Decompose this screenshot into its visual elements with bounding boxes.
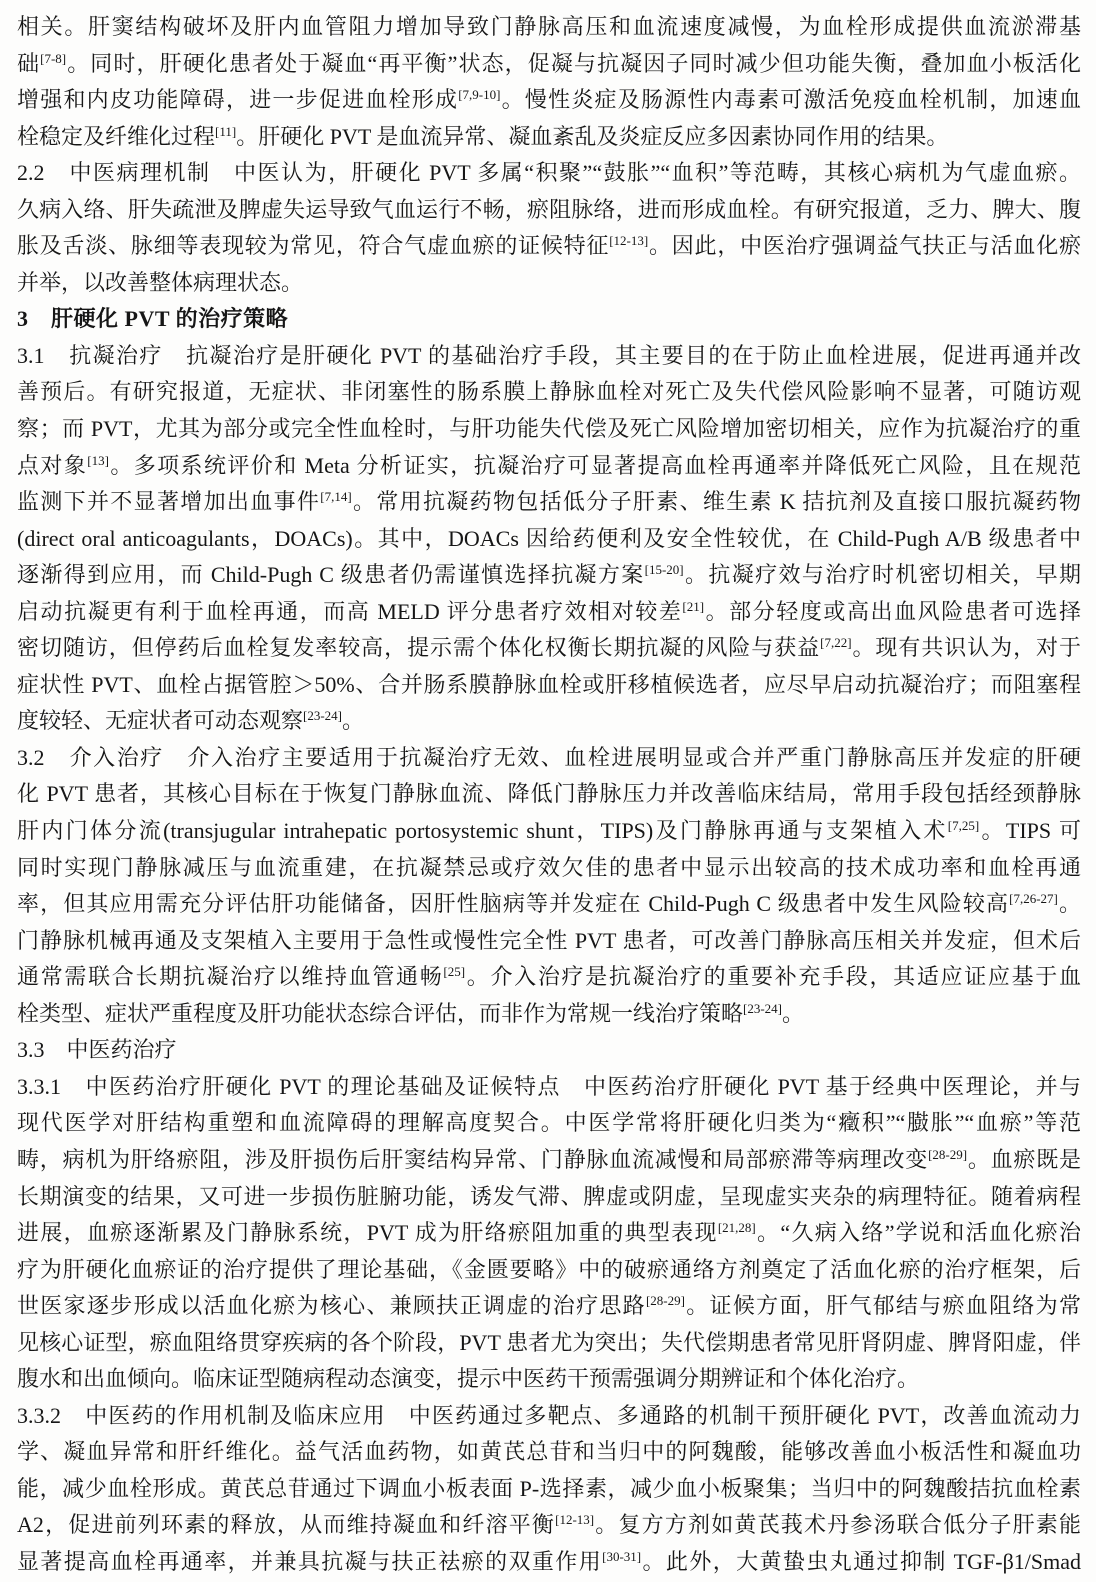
paragraph-anticoagulation-therapy: 3.1 抗凝治疗 抗凝治疗是肝硬化 PVT 的基础治疗手段，其主要目的在于防止血… xyxy=(17,338,1081,740)
text-segment: 。此外，大黄蛰虫丸通过抑制 TGF-β1/Smad xyxy=(641,1549,1081,1574)
text-segment: 见核心证型，瘀血阻络贯穿疾病的各个阶段，PVT 患者尤为突出；失代偿期患者常见肝… xyxy=(17,1330,1081,1355)
citation-superscript: [13] xyxy=(87,453,109,468)
text-segment: 点对象 xyxy=(17,453,87,478)
text-segment: 率，但其应用需充分评估肝功能储备，因肝性脑病等并发症在 Child-Pugh C… xyxy=(17,891,1009,916)
text-line: 进展，血瘀逐渐累及门静脉系统，PVT 成为肝络瘀阻加重的典型表现[21,28]。… xyxy=(17,1215,1081,1252)
text-segment: 。介入治疗是抗凝治疗的重要补充手段，其适应证应基于血 xyxy=(465,964,1081,989)
text-segment: 。肝硬化 PVT 是血流异常、凝血紊乱及炎症反应多因素协同作用的结果。 xyxy=(236,124,948,149)
text-segment: (direct oral anticoagulants，DOACs)。其中，DO… xyxy=(17,526,1081,551)
text-segment: 同时实现门静脉减压与血流重建，在抗凝禁忌或疗效欠佳的患者中显示出较高的技术成功率… xyxy=(17,855,1081,880)
text-segment: 疗为肝硬化血瘀证的治疗提供了理论基础，《金匮要略》中的破瘀通络方剂奠定了活血化瘀… xyxy=(17,1257,1081,1282)
text-segment: 栓稳定及纤维化过程 xyxy=(17,124,215,149)
citation-superscript: [7,9-10] xyxy=(458,87,500,102)
citation-superscript: [11] xyxy=(215,124,236,139)
paragraph-interventional-therapy: 3.2 介入治疗 介入治疗主要适用于抗凝治疗无效、血栓进展明显或合并严重门静脉高… xyxy=(17,740,1081,1032)
paragraph-tcm-mechanism-application: 3.3.2 中医药的作用机制及临床应用 中医药通过多靶点、多通路的机制干预肝硬化… xyxy=(17,1398,1081,1581)
text-segment: 3.1 抗凝治疗 抗凝治疗是肝硬化 PVT 的基础治疗手段，其主要目的在于防止血… xyxy=(17,343,1081,368)
text-line: 3.3 中医药治疗 xyxy=(17,1032,1081,1069)
text-segment: 相关。肝窦结构破坏及肝内血管阻力增加导致门静脉高压和血流速度减慢，为血栓形成提供… xyxy=(17,14,1081,39)
text-segment: 。常用抗凝药物包括低分子肝素、维生素 K 拮抗剂及直接口服抗凝药物 xyxy=(352,489,1081,514)
text-segment: 久病入络、肝失疏泄及脾虚失运导致气血运行不畅，瘀阻脉络，进而形成血栓。有研究报道… xyxy=(17,197,1081,222)
text-line: 胀及舌淡、脉细等表现较为常见，符合气虚血瘀的证候特征[12-13]。因此，中医治… xyxy=(17,228,1081,265)
text-line: 监测下并不显著增加出血事件[7,14]。常用抗凝药物包括低分子肝素、维生素 K … xyxy=(17,484,1081,521)
text-segment: 世医家逐步形成以活血化瘀为核心、兼顾扶正调虚的治疗思路 xyxy=(17,1293,646,1318)
text-segment: 3.3 中医药治疗 xyxy=(17,1037,177,1062)
text-segment: 监测下并不显著增加出血事件 xyxy=(17,489,320,514)
text-segment: 。同时，肝硬化患者处于凝血“再平衡”状态，促凝与抗凝因子同时减少但功能失衡，叠加… xyxy=(66,51,1081,76)
text-segment: 栓类型、症状严重程度及肝功能状态综合评估，而非作为常规一线治疗策略 xyxy=(17,1001,743,1026)
text-line: 并举，以改善整体病理状态。 xyxy=(17,265,1081,302)
text-line: 世医家逐步形成以活血化瘀为核心、兼顾扶正调虚的治疗思路[28-29]。证候方面，… xyxy=(17,1288,1081,1325)
text-line: 显著提高血栓再通率，并兼具抗凝与扶正祛瘀的双重作用[30-31]。此外，大黄蛰虫… xyxy=(17,1544,1081,1581)
text-segment: 密切随访，但停药后血栓复发率较高，提示需个体化权衡长期抗凝的风险与获益 xyxy=(17,635,820,660)
citation-superscript: [12-13] xyxy=(609,233,648,248)
text-segment: 度较轻、无症状者可动态观察 xyxy=(17,708,303,733)
text-segment: 启动抗凝更有利于血栓再通，而高 MELD 评分患者疗效相对较差 xyxy=(17,599,682,624)
citation-superscript: [23-24] xyxy=(303,708,342,723)
text-segment: 。复方方剂如黄芪莪术丹参汤联合低分子肝素能 xyxy=(594,1512,1081,1537)
text-segment: 现代医学对肝结构重塑和血流障碍的理解高度契合。中医学常将肝硬化归类为“癥积”“臌… xyxy=(17,1110,1081,1135)
citation-superscript: [30-31] xyxy=(602,1549,641,1564)
citation-superscript: [7,22] xyxy=(820,635,851,650)
text-line: 相关。肝窦结构破坏及肝内血管阻力增加导致门静脉高压和血流速度减慢，为血栓形成提供… xyxy=(17,9,1081,46)
text-line: 通常需联合长期抗凝治疗以维持血管通畅[25]。介入治疗是抗凝治疗的重要补充手段，… xyxy=(17,959,1081,996)
citation-superscript: [28-29] xyxy=(646,1293,685,1308)
citation-superscript: [28-29] xyxy=(928,1147,967,1162)
text-segment: 。血瘀既是 xyxy=(967,1147,1081,1172)
text-segment: 增强和内皮功能障碍，进一步促进血栓形成 xyxy=(17,87,458,112)
text-segment: 并举，以改善整体病理状态。 xyxy=(17,270,303,295)
section-heading-treatment-strategies: 3 肝硬化 PVT 的治疗策略 xyxy=(17,301,1081,338)
text-segment: 显著提高血栓再通率，并兼具抗凝与扶正祛瘀的双重作用 xyxy=(17,1549,602,1574)
text-segment: 3.3.2 中医药的作用机制及临床应用 中医药通过多靶点、多通路的机制干预肝硬化… xyxy=(17,1403,1081,1428)
citation-superscript: [7,25] xyxy=(948,818,979,833)
text-segment: 。TIPS 可 xyxy=(979,818,1081,843)
text-line: 畴，病机为肝络瘀阻，涉及肝损伤后肝窦结构异常、门静脉血流减慢和局部瘀滞等病理改变… xyxy=(17,1142,1081,1179)
text-line: (direct oral anticoagulants，DOACs)。其中，DO… xyxy=(17,521,1081,558)
text-line: 逐渐得到应用，而 Child-Pugh C 级患者仍需谨慎选择抗凝方案[15-2… xyxy=(17,557,1081,594)
text-line: 能，减少血栓形成。黄芪总苷通过下调血小板表面 P-选择素，减少血小板聚集；当归中… xyxy=(17,1471,1081,1508)
text-segment: 学、凝血异常和肝纤维化。益气活血药物，如黄芪总苷和当归中的阿魏酸，能够改善血小板… xyxy=(17,1439,1081,1464)
text-segment: 。多项系统评价和 Meta 分析证实，抗凝治疗可显著提高血栓再通率并降低死亡风险… xyxy=(109,453,1081,478)
text-segment: 。 xyxy=(1058,891,1081,916)
text-line: 长期演变的结果，又可进一步损伤脏腑功能，诱发气滞、脾虚或阴虚，呈现虚实夹杂的病理… xyxy=(17,1179,1081,1216)
text-line: 3.3.1 中医药治疗肝硬化 PVT 的理论基础及证候特点 中医药治疗肝硬化 P… xyxy=(17,1069,1081,1106)
text-line: A2，促进前列环素的释放，从而维持凝血和纤溶平衡[12-13]。复方方剂如黄芪莪… xyxy=(17,1507,1081,1544)
text-segment: 2.2 中医病理机制 中医认为，肝硬化 PVT 多属“积聚”“鼓胀”“血积”等范… xyxy=(17,160,1081,185)
citation-superscript: [12-13] xyxy=(555,1512,594,1527)
text-segment: 察；而 PVT，尤其为部分或完全性血栓时，与肝功能失代偿及死亡风险增加密切相关，… xyxy=(17,416,1081,441)
text-segment: 化 PVT 患者，其核心目标在于恢复门静脉血流、降低门静脉压力并改善临床结局，常… xyxy=(17,781,1081,806)
text-line: 3.3.2 中医药的作用机制及临床应用 中医药通过多靶点、多通路的机制干预肝硬化… xyxy=(17,1398,1081,1435)
text-segment: 。 xyxy=(782,1001,804,1026)
text-line: 疗为肝硬化血瘀证的治疗提供了理论基础，《金匮要略》中的破瘀通络方剂奠定了活血化瘀… xyxy=(17,1252,1081,1289)
text-line: 肝内门体分流(transjugular intrahepatic portosy… xyxy=(17,813,1081,850)
citation-superscript: [21] xyxy=(682,599,704,614)
text-line: 症状性 PVT、血栓占据管腔＞50%、合并肠系膜静脉血栓或肝移植候选者，应尽早启… xyxy=(17,667,1081,704)
text-line: 率，但其应用需充分评估肝功能储备，因肝性脑病等并发症在 Child-Pugh C… xyxy=(17,886,1081,923)
text-segment: 门静脉机械再通及支架植入主要用于急性或慢性完全性 PVT 患者，可改善门静脉高压… xyxy=(17,928,1081,953)
text-segment: 3.3.1 中医药治疗肝硬化 PVT 的理论基础及证候特点 中医药治疗肝硬化 P… xyxy=(17,1074,1081,1099)
text-line: 点对象[13]。多项系统评价和 Meta 分析证实，抗凝治疗可显著提高血栓再通率… xyxy=(17,448,1081,485)
text-line: 度较轻、无症状者可动态观察[23-24]。 xyxy=(17,703,1081,740)
text-line: 栓类型、症状严重程度及肝功能状态综合评估，而非作为常规一线治疗策略[23-24]… xyxy=(17,996,1081,1033)
text-segment: 腹水和出血倾向。临床证型随病程动态演变，提示中医药干预需强调分期辨证和个体化治疗… xyxy=(17,1366,919,1391)
text-segment: A2，促进前列环素的释放，从而维持凝血和纤溶平衡 xyxy=(17,1512,555,1537)
text-line: 增强和内皮功能障碍，进一步促进血栓形成[7,9-10]。慢性炎症及肠源性内毒素可… xyxy=(17,82,1081,119)
text-segment: 。证候方面，肝气郁结与瘀血阻络为常 xyxy=(685,1293,1081,1318)
paragraph-tcm-theory-syndrome: 3.3.1 中医药治疗肝硬化 PVT 的理论基础及证候特点 中医药治疗肝硬化 P… xyxy=(17,1069,1081,1398)
text-segment: 逐渐得到应用，而 Child-Pugh C 级患者仍需谨慎选择抗凝方案 xyxy=(17,562,645,587)
text-line: 同时实现门静脉减压与血流重建，在抗凝禁忌或疗效欠佳的患者中显示出较高的技术成功率… xyxy=(17,850,1081,887)
text-line: 学、凝血异常和肝纤维化。益气活血药物，如黄芪总苷和当归中的阿魏酸，能够改善血小板… xyxy=(17,1434,1081,1471)
text-line: 善预后。有研究报道，无症状、非闭塞性的肠系膜上静脉血栓对死亡及失代偿风险影响不显… xyxy=(17,374,1081,411)
text-segment: 畴，病机为肝络瘀阻，涉及肝损伤后肝窦结构异常、门静脉血流减慢和局部瘀滞等病理改变 xyxy=(17,1147,928,1172)
text-segment: 进展，血瘀逐渐累及门静脉系统，PVT 成为肝络瘀阻加重的典型表现 xyxy=(17,1220,718,1245)
text-line: 现代医学对肝结构重塑和血流障碍的理解高度契合。中医学常将肝硬化归类为“癥积”“臌… xyxy=(17,1105,1081,1142)
text-segment: 胀及舌淡、脉细等表现较为常见，符合气虚血瘀的证候特征 xyxy=(17,233,609,258)
text-segment: 能，减少血栓形成。黄芪总苷通过下调血小板表面 P-选择素，减少血小板聚集；当归中… xyxy=(17,1476,1081,1501)
text-segment: 。现有共识认为，对于 xyxy=(852,635,1081,660)
text-line: 察；而 PVT，尤其为部分或完全性血栓时，与肝功能失代偿及死亡风险增加密切相关，… xyxy=(17,411,1081,448)
citation-superscript: [7-8] xyxy=(40,51,66,66)
citation-superscript: [25] xyxy=(443,964,465,979)
text-line: 化 PVT 患者，其核心目标在于恢复门静脉血流、降低门静脉压力并改善临床结局，常… xyxy=(17,776,1081,813)
text-line: 2.2 中医病理机制 中医认为，肝硬化 PVT 多属“积聚”“鼓胀”“血积”等范… xyxy=(17,155,1081,192)
text-segment: 症状性 PVT、血栓占据管腔＞50%、合并肠系膜静脉血栓或肝移植候选者，应尽早启… xyxy=(17,672,1081,697)
document-page: 相关。肝窦结构破坏及肝内血管阻力增加导致门静脉高压和血流速度减慢，为血栓形成提供… xyxy=(0,0,1096,1582)
text-segment: 。因此，中医治疗强调益气扶正与活血化瘀 xyxy=(648,233,1081,258)
citation-superscript: [15-20] xyxy=(645,562,684,577)
citation-superscript: [21,28] xyxy=(718,1220,756,1235)
text-segment: 善预后。有研究报道，无症状、非闭塞性的肠系膜上静脉血栓对死亡及失代偿风险影响不显… xyxy=(17,379,1081,404)
text-line: 密切随访，但停药后血栓复发率较高，提示需个体化权衡长期抗凝的风险与获益[7,22… xyxy=(17,630,1081,667)
text-segment: 。“久病入络”学说和活血化瘀治 xyxy=(756,1220,1081,1245)
text-line: 门静脉机械再通及支架植入主要用于急性或慢性完全性 PVT 患者，可改善门静脉高压… xyxy=(17,923,1081,960)
text-line: 久病入络、肝失疏泄及脾虚失运导致气血运行不畅，瘀阻脉络，进而形成血栓。有研究报道… xyxy=(17,192,1081,229)
text-segment: 肝内门体分流(transjugular intrahepatic portosy… xyxy=(17,818,948,843)
text-line: 栓稳定及纤维化过程[11]。肝硬化 PVT 是血流异常、凝血紊乱及炎症反应多因素… xyxy=(17,119,1081,156)
text-segment: 长期演变的结果，又可进一步损伤脏腑功能，诱发气滞、脾虚或阴虚，呈现虚实夹杂的病理… xyxy=(17,1184,1081,1209)
text-line: 3.2 介入治疗 介入治疗主要适用于抗凝治疗无效、血栓进展明显或合并严重门静脉高… xyxy=(17,740,1081,777)
text-segment: 。抗凝疗效与治疗时机密切相关，早期 xyxy=(684,562,1081,587)
text-segment: 通常需联合长期抗凝治疗以维持血管通畅 xyxy=(17,964,443,989)
citation-superscript: [7,26-27] xyxy=(1009,891,1058,906)
text-line: 见核心证型，瘀血阻络贯穿疾病的各个阶段，PVT 患者尤为突出；失代偿期患者常见肝… xyxy=(17,1325,1081,1362)
text-segment: 3 肝硬化 PVT 的治疗策略 xyxy=(17,306,288,331)
text-line: 腹水和出血倾向。临床证型随病程动态演变，提示中医药干预需强调分期辨证和个体化治疗… xyxy=(17,1361,1081,1398)
text-line: 3 肝硬化 PVT 的治疗策略 xyxy=(17,301,1081,338)
citation-superscript: [23-24] xyxy=(743,1001,782,1016)
text-segment: 础 xyxy=(17,51,40,76)
citation-superscript: [7,14] xyxy=(320,489,351,504)
subsection-heading-tcm-treatment: 3.3 中医药治疗 xyxy=(17,1032,1081,1069)
text-segment: 。 xyxy=(342,708,364,733)
text-line: 3.1 抗凝治疗 抗凝治疗是肝硬化 PVT 的基础治疗手段，其主要目的在于防止血… xyxy=(17,338,1081,375)
paragraph-western-pathomechanism: 相关。肝窦结构破坏及肝内血管阻力增加导致门静脉高压和血流速度减慢，为血栓形成提供… xyxy=(17,9,1081,155)
text-segment: 。慢性炎症及肠源性内毒素可激活免疫血栓机制，加速血 xyxy=(500,87,1081,112)
text-line: 础[7-8]。同时，肝硬化患者处于凝血“再平衡”状态，促凝与抗凝因子同时减少但功… xyxy=(17,46,1081,83)
text-segment: 3.2 介入治疗 介入治疗主要适用于抗凝治疗无效、血栓进展明显或合并严重门静脉高… xyxy=(17,745,1081,770)
text-segment: 。部分轻度或高出血风险患者可选择 xyxy=(704,599,1081,624)
paragraph-tcm-pathology: 2.2 中医病理机制 中医认为，肝硬化 PVT 多属“积聚”“鼓胀”“血积”等范… xyxy=(17,155,1081,301)
text-line: 启动抗凝更有利于血栓再通，而高 MELD 评分患者疗效相对较差[21]。部分轻度… xyxy=(17,594,1081,631)
